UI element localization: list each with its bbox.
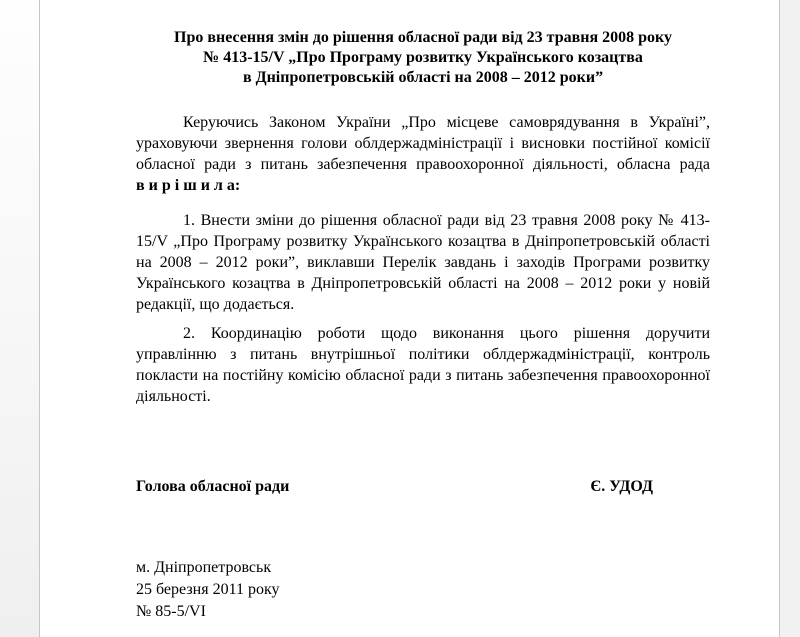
signatory-name: Є. УДОД <box>590 476 653 497</box>
signatory-position: Голова обласної ради <box>136 476 289 497</box>
document-title-line-3: в Дніпропетровській області на 2008 – 20… <box>136 68 710 88</box>
opening-paragraph: Керуючись Законом України „Про місцеве с… <box>136 112 710 196</box>
document-page: Про внесення змін до рішення обласної ра… <box>40 0 780 637</box>
signature-row: Голова обласної ради Є. УДОД <box>136 476 710 497</box>
footer-city: м. Дніпропетровськ <box>136 557 710 579</box>
document-footer: м. Дніпропетровськ 25 березня 2011 року … <box>136 557 710 623</box>
document-title: Про внесення змін до рішення обласної ра… <box>136 28 710 88</box>
resolution-word: в и р і ш и л а: <box>136 177 240 194</box>
document-title-line-1: Про внесення змін до рішення обласної ра… <box>136 28 710 48</box>
left-page-gutter <box>0 0 40 637</box>
right-page-gutter <box>780 0 800 637</box>
footer-date: 25 березня 2011 року <box>136 579 710 601</box>
document-view: Про внесення змін до рішення обласної ра… <box>0 0 800 637</box>
footer-number: № 85-5/VI <box>136 601 710 623</box>
decision-item-1: 1. Внести зміни до рішення обласної ради… <box>136 210 710 315</box>
document-title-line-2: № 413-15/V „Про Програму розвитку Україн… <box>136 48 710 68</box>
opening-paragraph-text: Керуючись Законом України „Про місцеве с… <box>136 114 710 173</box>
decision-item-2: 2. Координацію роботи щодо виконання цьо… <box>136 323 710 407</box>
